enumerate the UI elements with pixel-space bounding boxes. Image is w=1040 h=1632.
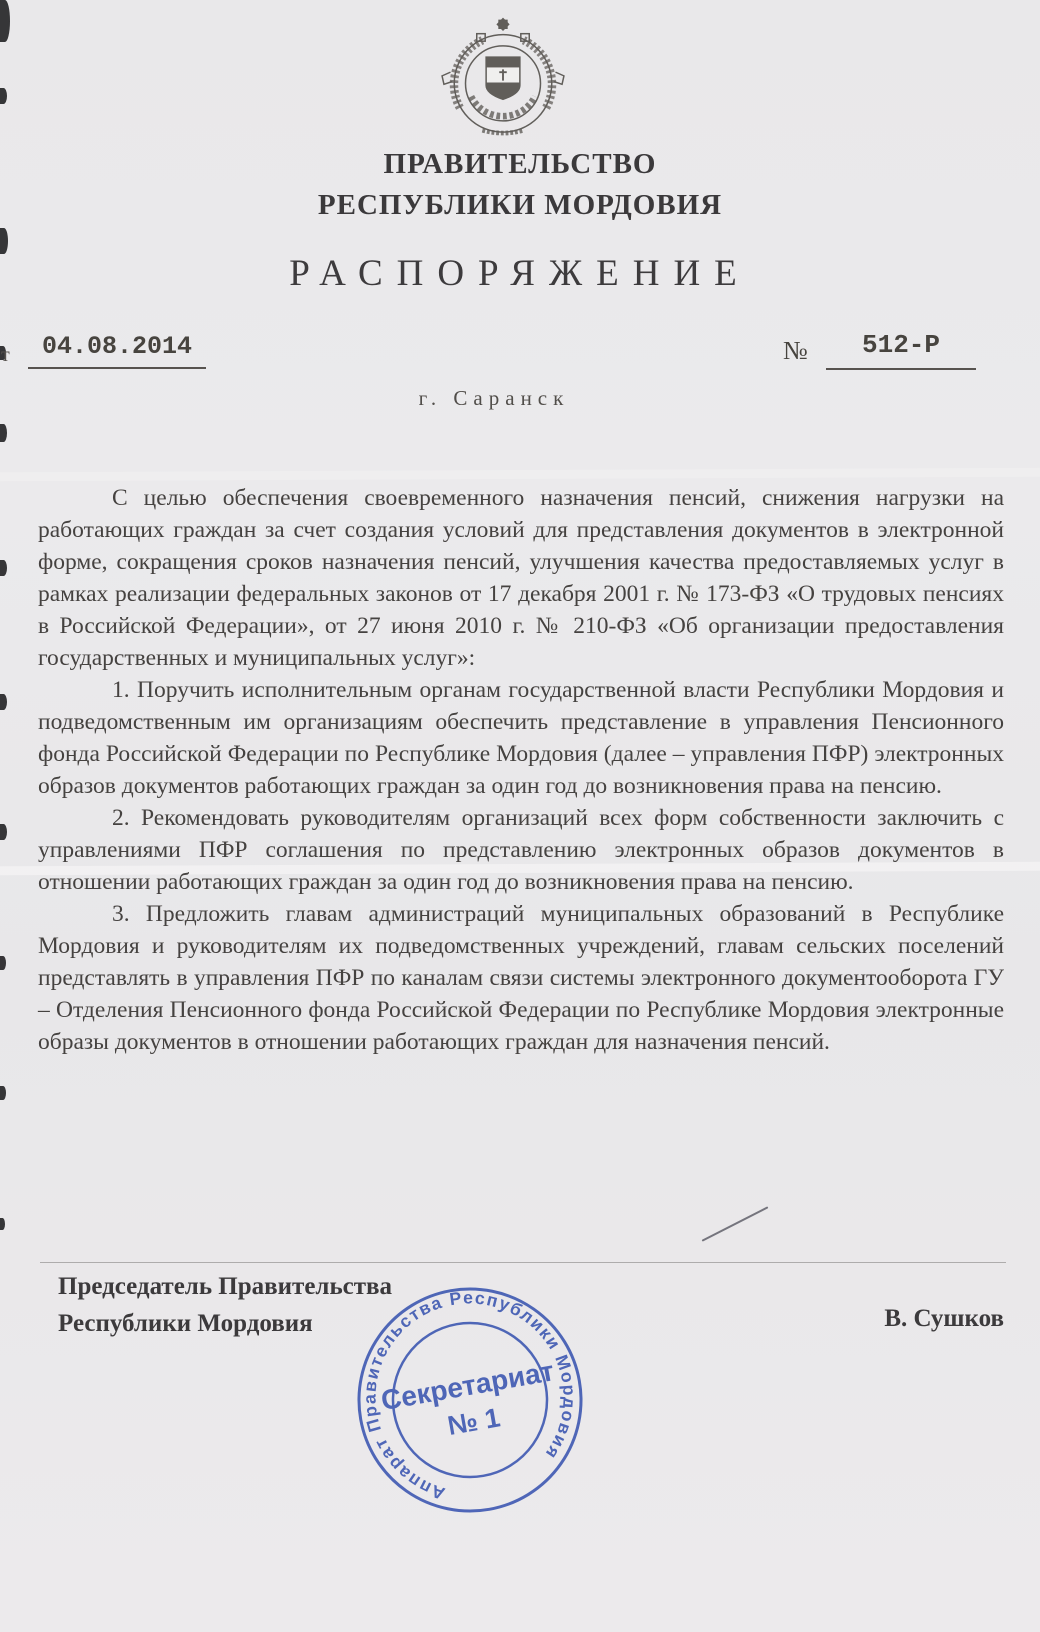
- scan-artifact: [0, 228, 8, 254]
- scan-artifact: [0, 424, 7, 442]
- paragraph-preamble: С целью обеспечения своевременного назна…: [38, 482, 1004, 674]
- number-value: 512-Р: [826, 330, 976, 370]
- signer-name: В. Сушков: [884, 1305, 1004, 1333]
- scan-line-artifact: [40, 1262, 1006, 1263]
- scan-artifact: [0, 560, 7, 576]
- stamp-center-line2: № 1: [445, 1402, 502, 1441]
- coat-of-arms-mordovia-icon: [428, 12, 578, 136]
- scanned-document-page: ПРАВИТЕЛЬСТВО РЕСПУБЛИКИ МОРДОВИЯ РАСПОР…: [0, 0, 1040, 1632]
- paper-crease: [0, 468, 1040, 482]
- org-name-line1: ПРАВИТЕЛЬСТВО: [0, 148, 1040, 181]
- paragraph-item-3: 3. Предложить главам администраций муниц…: [38, 898, 1004, 1058]
- document-body: С целью обеспечения своевременного назна…: [38, 482, 1004, 1058]
- document-type-title: РАСПОРЯЖЕНИЕ: [0, 252, 1040, 295]
- scan-artifact: [0, 824, 7, 840]
- scan-artifact: [0, 0, 10, 42]
- scan-artifact: [0, 1218, 5, 1230]
- scan-artifact: [0, 694, 7, 710]
- cutoff-date-label: т: [1, 344, 10, 367]
- paragraph-item-2: 2. Рекомендовать руководителям организац…: [38, 802, 1004, 898]
- signer-position-line2: Республики Мордовия: [58, 1305, 392, 1342]
- signer-position: Председатель Правительства Республики Мо…: [58, 1268, 392, 1342]
- paragraph-item-1: 1. Поручить исполнительным органам госуд…: [38, 674, 1004, 802]
- date-value: 04.08.2014: [28, 332, 206, 369]
- signer-position-line1: Председатель Правительства: [58, 1268, 392, 1305]
- number-sign: №: [783, 336, 808, 366]
- city-line: г. Саранск: [0, 386, 988, 411]
- secretariat-stamp: Аппарат Правительства Республики Мордови…: [350, 1280, 590, 1520]
- pen-mark-artifact: [702, 1206, 769, 1241]
- scan-artifact: [0, 956, 6, 970]
- org-name-line2: РЕСПУБЛИКИ МОРДОВИЯ: [0, 189, 1040, 222]
- scan-artifact: [0, 1086, 6, 1100]
- scan-artifact: [0, 88, 7, 104]
